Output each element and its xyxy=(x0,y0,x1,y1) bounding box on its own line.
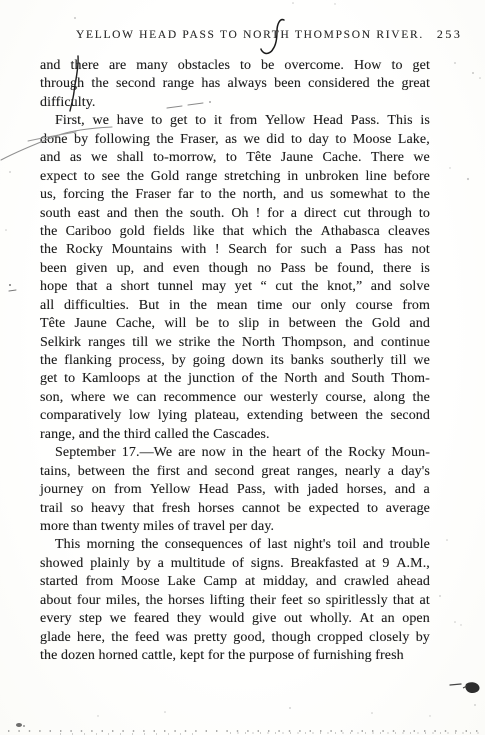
text-line: tains,betweenthefirstandsecondgreatrange… xyxy=(40,463,430,481)
text-line: showedplainlybyamultitudeofsigns.Breakfa… xyxy=(40,555,430,573)
text-line: Thismorningtheconsequencesoflastnight'st… xyxy=(40,536,430,554)
running-header: YELLOW HEAD PASS TO NORTH THOMPSON RIVER… xyxy=(76,27,462,42)
text-line: startedfromMooseLakeCampatmidday,andcraw… xyxy=(40,573,430,591)
text-line: gladehere,thefeedwasprettygood,thoughcro… xyxy=(40,629,430,647)
text-line: alldifficulties.Butinthemeantimeouronlyc… xyxy=(40,297,430,315)
scanned-book-page: YELLOW HEAD PASS TO NORTH THOMPSON RIVER… xyxy=(0,0,485,735)
text-line: beengivenup,andeventhoughnoPassbefound,t… xyxy=(40,260,430,278)
text-line: difficulty. xyxy=(40,94,430,112)
header-title: YELLOW HEAD PASS TO NORTH THOMPSON RIVER… xyxy=(76,29,424,41)
text-line: southeastandthenthesouth.Oh!foradirectcu… xyxy=(40,205,430,223)
scan-noise-bottom-edge xyxy=(8,731,480,734)
text-line: theCariboogoldfieldslikethatwhichtheAtha… xyxy=(40,223,430,241)
text-line: journeyonfromYellowHeadPass,withjadedhor… xyxy=(40,481,430,499)
text-line: andasweshallto-morrow,toTêteJauneCache.T… xyxy=(40,149,430,167)
text-line: throughthesecondrangehasalwaysbeenconsid… xyxy=(40,75,430,93)
text-line: theflankingprocess,bygoingdownitsbanksso… xyxy=(40,352,430,370)
text-line: hopethatashorttunnelmayyet“cuttheknot,”a… xyxy=(40,278,430,296)
text-line: son,wherewecanrecommenceourwesterlycours… xyxy=(40,389,430,407)
text-line: expecttoseetheGoldrangestretchinginunbro… xyxy=(40,168,430,186)
text-line: SelkirkrangestillwestriketheNorthThompso… xyxy=(40,334,430,352)
page-body-text: andtherearemanyobstaclestobeovercome.How… xyxy=(40,57,430,665)
text-line: andtherearemanyobstaclestobeovercome.How… xyxy=(40,57,430,75)
page-number: 253 xyxy=(437,27,463,42)
text-line: more than twenty miles of travel per day… xyxy=(40,518,430,536)
text-line: First,wehavetogettoitfromYellowHeadPass.… xyxy=(40,112,430,130)
ink-speck-icon xyxy=(16,723,25,727)
text-line: TêteJauneCache,willbetoslipinbetweentheG… xyxy=(40,315,430,333)
ink-blot-icon xyxy=(450,682,480,693)
text-line: us,forcingtheFraserfartothenorth,andusso… xyxy=(40,186,430,204)
text-line: theRockyMountainswith!SearchforsuchaPass… xyxy=(40,241,430,259)
text-line: donebyfollowingtheFraser,aswedidtodaytoM… xyxy=(40,131,430,149)
text-line: trailsoheavythatfreshhorsescannotbeexpec… xyxy=(40,500,430,518)
text-line: gettoKamloopsatthejunctionoftheNorthandS… xyxy=(40,370,430,388)
text-line: range, and the third called the Cascades… xyxy=(40,426,430,444)
text-line: comparativelylowlyingplateau,extendingbe… xyxy=(40,407,430,425)
text-line: everystepwefearedtheywouldgiveoutwholly.… xyxy=(40,610,430,628)
text-line: aboutfourmiles,thehorsesliftingtheirfeet… xyxy=(40,592,430,610)
text-line: September17.—WearenowintheheartoftheRock… xyxy=(40,444,430,462)
text-line: the dozen horned cattle, kept for the pu… xyxy=(40,647,430,665)
margin-dot-dash-icon xyxy=(9,284,16,291)
